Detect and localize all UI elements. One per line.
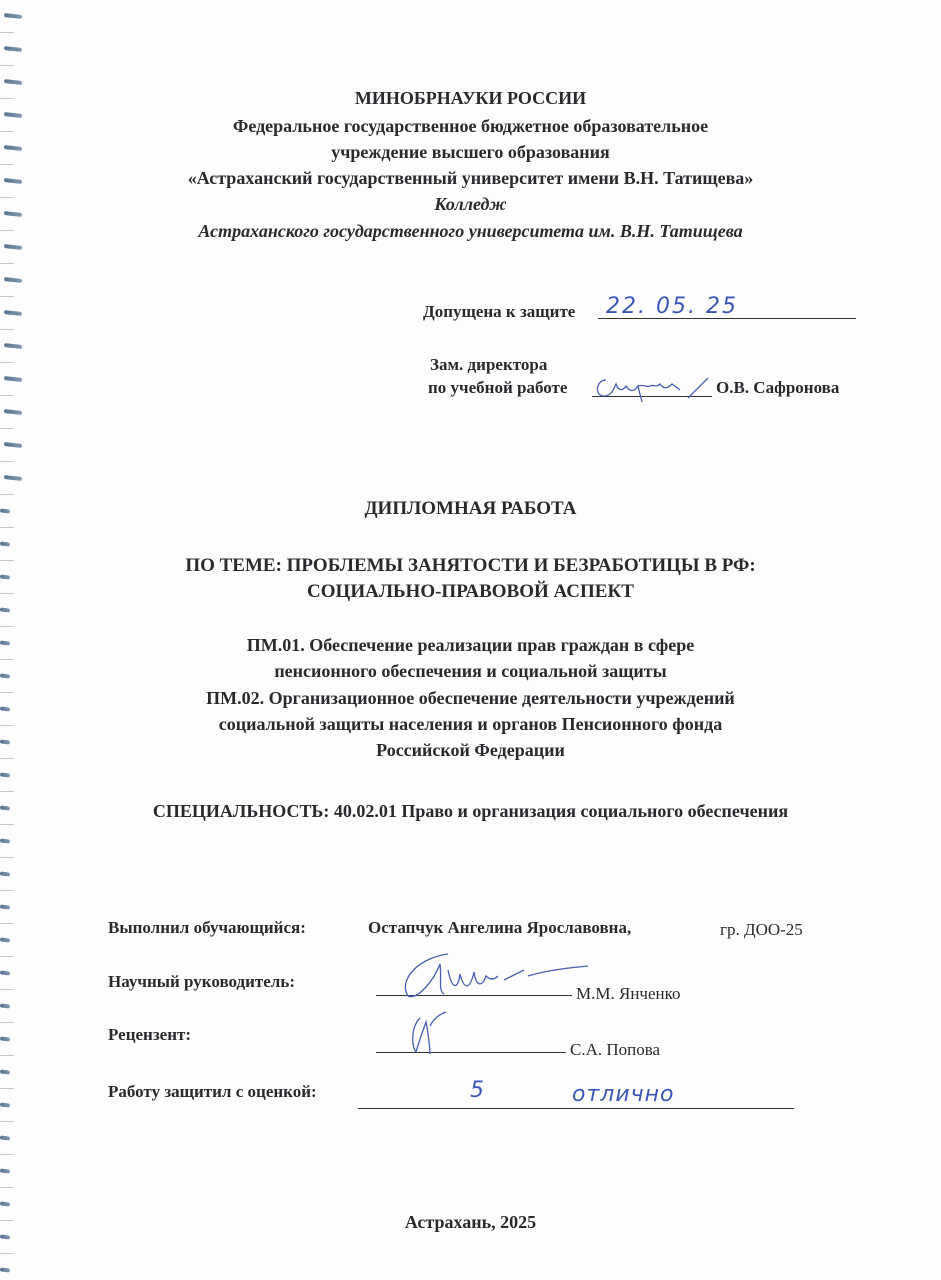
- admitted-date-handwritten: 22. 05. 25: [606, 294, 738, 319]
- reviewer-name: С.А. Попова: [570, 1040, 660, 1060]
- student-label: Выполнил обучающийся:: [108, 918, 306, 938]
- grade-label: Работу защитил с оценкой:: [108, 1082, 317, 1102]
- grade-line: [358, 1108, 794, 1109]
- reviewer-label: Рецензент:: [108, 1025, 191, 1045]
- university-name: «Астраханский государственный университе…: [0, 168, 941, 189]
- ministry-heading: МИНОБРНАУКИ РОССИИ: [0, 88, 941, 109]
- title-page: МИНОБРНАУКИ РОССИИ Федеральное государст…: [0, 0, 941, 1280]
- institution-line-1: Федеральное государственное бюджетное об…: [0, 116, 941, 137]
- admitted-label: Допущена к защите: [423, 302, 575, 322]
- grade-word-handwritten: отлично: [572, 1082, 674, 1107]
- document-type: ДИПЛОМНАЯ РАБОТА: [0, 498, 941, 520]
- supervisor-label: Научный руководитель:: [108, 972, 295, 992]
- grade-value-handwritten: 5: [470, 1078, 486, 1103]
- deputy-name: О.В. Сафронова: [716, 378, 839, 398]
- city-year: Астрахань, 2025: [0, 1212, 941, 1233]
- supervisor-name: М.М. Янченко: [576, 984, 681, 1004]
- institution-line-2: учреждение высшего образования: [0, 142, 941, 163]
- student-name: Остапчук Ангелина Ярославовна,: [368, 918, 631, 938]
- module-line-3: ПМ.02. Организационное обеспечение деяте…: [0, 688, 941, 709]
- college-line-2: Астраханского государственного университ…: [0, 221, 941, 242]
- deputy-label-line-1: Зам. директора: [430, 355, 547, 375]
- topic-line-1: ПО ТЕМЕ: ПРОБЛЕМЫ ЗАНЯТОСТИ И БЕЗРАБОТИЦ…: [0, 555, 941, 577]
- specialty: СПЕЦИАЛЬНОСТЬ: 40.02.01 Право и организа…: [0, 801, 941, 822]
- module-line-1: ПМ.01. Обеспечение реализации прав гражд…: [0, 635, 941, 656]
- student-group: гр. ДОО-25: [720, 920, 803, 940]
- deputy-label-line-2: по учебной работе: [428, 378, 567, 398]
- module-line-5: Российской Федерации: [0, 740, 941, 761]
- module-line-4: социальной защиты населения и органов Пе…: [0, 714, 941, 735]
- college-line-1: Колледж: [0, 194, 941, 215]
- topic-line-2: СОЦИАЛЬНО-ПРАВОВОЙ АСПЕКТ: [0, 581, 941, 603]
- module-line-2: пенсионного обеспечения и социальной защ…: [0, 661, 941, 682]
